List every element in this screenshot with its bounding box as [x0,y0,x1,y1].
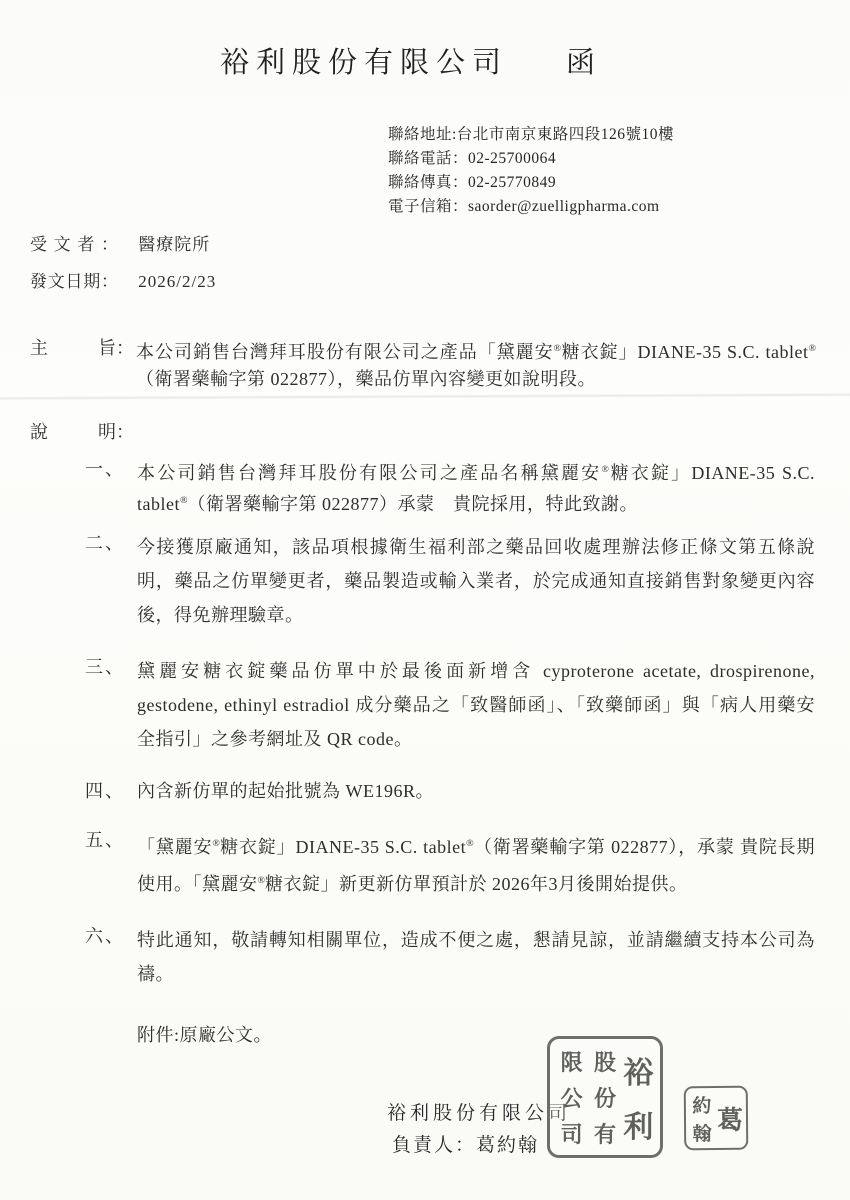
seal-column: 限 公 司 [555,1043,588,1151]
subject-label-char: 主 [30,335,48,362]
seal-character: 份 [594,1082,616,1113]
contact-email-line: 電子信箱：saorder@zuelligpharma.com [388,195,850,219]
seal-column: 葛 [716,1090,744,1146]
explanation-label: 說 明： [30,419,134,446]
seal-character: 約 [692,1091,711,1118]
explanation-item: 三、 黛麗安糖衣錠藥品仿單中於最後面新增含 cyproterone acetat… [85,654,815,756]
letter-header: 裕利股份有限公司 函 [0,0,834,81]
issue-date-value: 2026/2/23 [138,272,216,291]
seal-column: 裕 利 [622,1043,655,1151]
signature-responsible-person: 負責人：葛約翰 [392,1130,539,1157]
personal-name-seal-stamp: 葛 約 翰 [684,1086,749,1151]
company-title: 裕利股份有限公司 [220,40,508,81]
doc-type-label: 函 [566,40,598,81]
meta-block: 受文者： 醫療院所 發文日期： 2026/2/23 [30,234,850,293]
subject-label-colon: 旨： [98,335,134,362]
explanation-item: 五、 「黛麗安®糖衣錠」DIANE-35 S.C. tablet®（衛署藥輸字第… [85,827,815,901]
explanation-label-char: 說 [30,419,48,446]
contact-phone-line: 聯絡電話：02-25700064 [388,147,850,171]
scanned-letter-page: 裕利股份有限公司 函 聯絡地址:台北市南京東路四段126號10樓 聯絡電話：02… [0,0,850,1200]
seal-character: 限 [561,1046,583,1077]
explanation-item: 六、 特此通知，敬請轉知相關單位，造成不便之處，懇請見諒，並請繼續支持本公司為禱… [85,923,815,991]
item-number: 二、 [85,530,137,557]
signature-company: 裕利股份有限公司 [387,1098,571,1125]
signature-area: 裕利股份有限公司 負責人：葛約翰 裕 利 股 份 有 限 公 司 葛 約 [0,1030,850,1200]
seal-character: 有 [594,1118,616,1149]
contact-address-line: 聯絡地址:台北市南京東路四段126號10樓 [388,123,850,147]
seal-character: 葛 [717,1099,743,1136]
seal-character: 翰 [692,1119,711,1146]
item-text: 特此通知，敬請轉知相關單位，造成不便之處，懇請見諒，並請繼續支持本公司為禱。 [137,923,815,991]
item-number: 三、 [85,654,137,681]
explanation-item: 一、 本公司銷售台灣拜耳股份有限公司之產品名稱黛麗安®糖衣錠」DIANE-35 … [85,456,815,518]
issue-date-row: 發文日期： 2026/2/23 [30,271,850,293]
item-text: 「黛麗安®糖衣錠」DIANE-35 S.C. tablet®（衛署藥輸字第 02… [137,827,815,901]
explanation-item: 二、 今接獲原廠通知，該品項根據衛生福利部之藥品回收處理辦法修正條文第五條說明，… [85,530,815,632]
item-number: 五、 [85,827,137,854]
subject-label: 主 旨： [30,335,134,362]
contact-block: 聯絡地址:台北市南京東路四段126號10樓 聯絡電話：02-25700064 聯… [388,123,850,219]
explanation-section: 說 明： [0,419,850,446]
explanation-item-list: 一、 本公司銷售台灣拜耳股份有限公司之產品名稱黛麗安®糖衣錠」DIANE-35 … [0,456,850,991]
recipient-label: 受文者： [30,234,118,256]
item-text: 內含新仿單的起始批號為 WE196R。 [137,778,815,805]
seal-character: 裕 [623,1048,653,1092]
item-text: 黛麗安糖衣錠藥品仿單中於最後面新增含 cyproterone acetate, … [137,654,815,756]
item-number: 一、 [85,456,137,483]
seal-character: 司 [561,1118,583,1149]
fold-crease [0,394,850,402]
seal-column: 股 份 有 [588,1043,621,1151]
issue-date-label: 發文日期： [30,271,118,293]
subject-text: 本公司銷售台灣拜耳股份有限公司之產品「黛麗安®糖衣錠」DIANE-35 S.C.… [136,335,816,393]
item-text: 今接獲原廠通知，該品項根據衛生福利部之藥品回收處理辦法修正條文第五條說明，藥品之… [137,530,815,632]
contact-fax-line: 聯絡傳真：02-25770849 [388,171,850,195]
seal-character: 利 [623,1102,653,1146]
seal-character: 股 [594,1046,616,1077]
item-number: 六、 [85,923,137,950]
item-text: 本公司銷售台灣拜耳股份有限公司之產品名稱黛麗安®糖衣錠」DIANE-35 S.C… [137,456,815,518]
subject-section: 主 旨： 本公司銷售台灣拜耳股份有限公司之產品「黛麗安®糖衣錠」DIANE-35… [0,335,850,393]
explanation-item: 四、 內含新仿單的起始批號為 WE196R。 [85,778,815,805]
recipient-value: 醫療院所 [138,235,210,254]
seal-character: 公 [561,1082,583,1113]
company-seal-stamp: 裕 利 股 份 有 限 公 司 [547,1036,663,1158]
item-number: 四、 [85,778,137,805]
seal-column: 約 翰 [688,1090,716,1146]
explanation-label-colon: 明： [98,419,134,446]
recipient-row: 受文者： 醫療院所 [30,234,850,256]
